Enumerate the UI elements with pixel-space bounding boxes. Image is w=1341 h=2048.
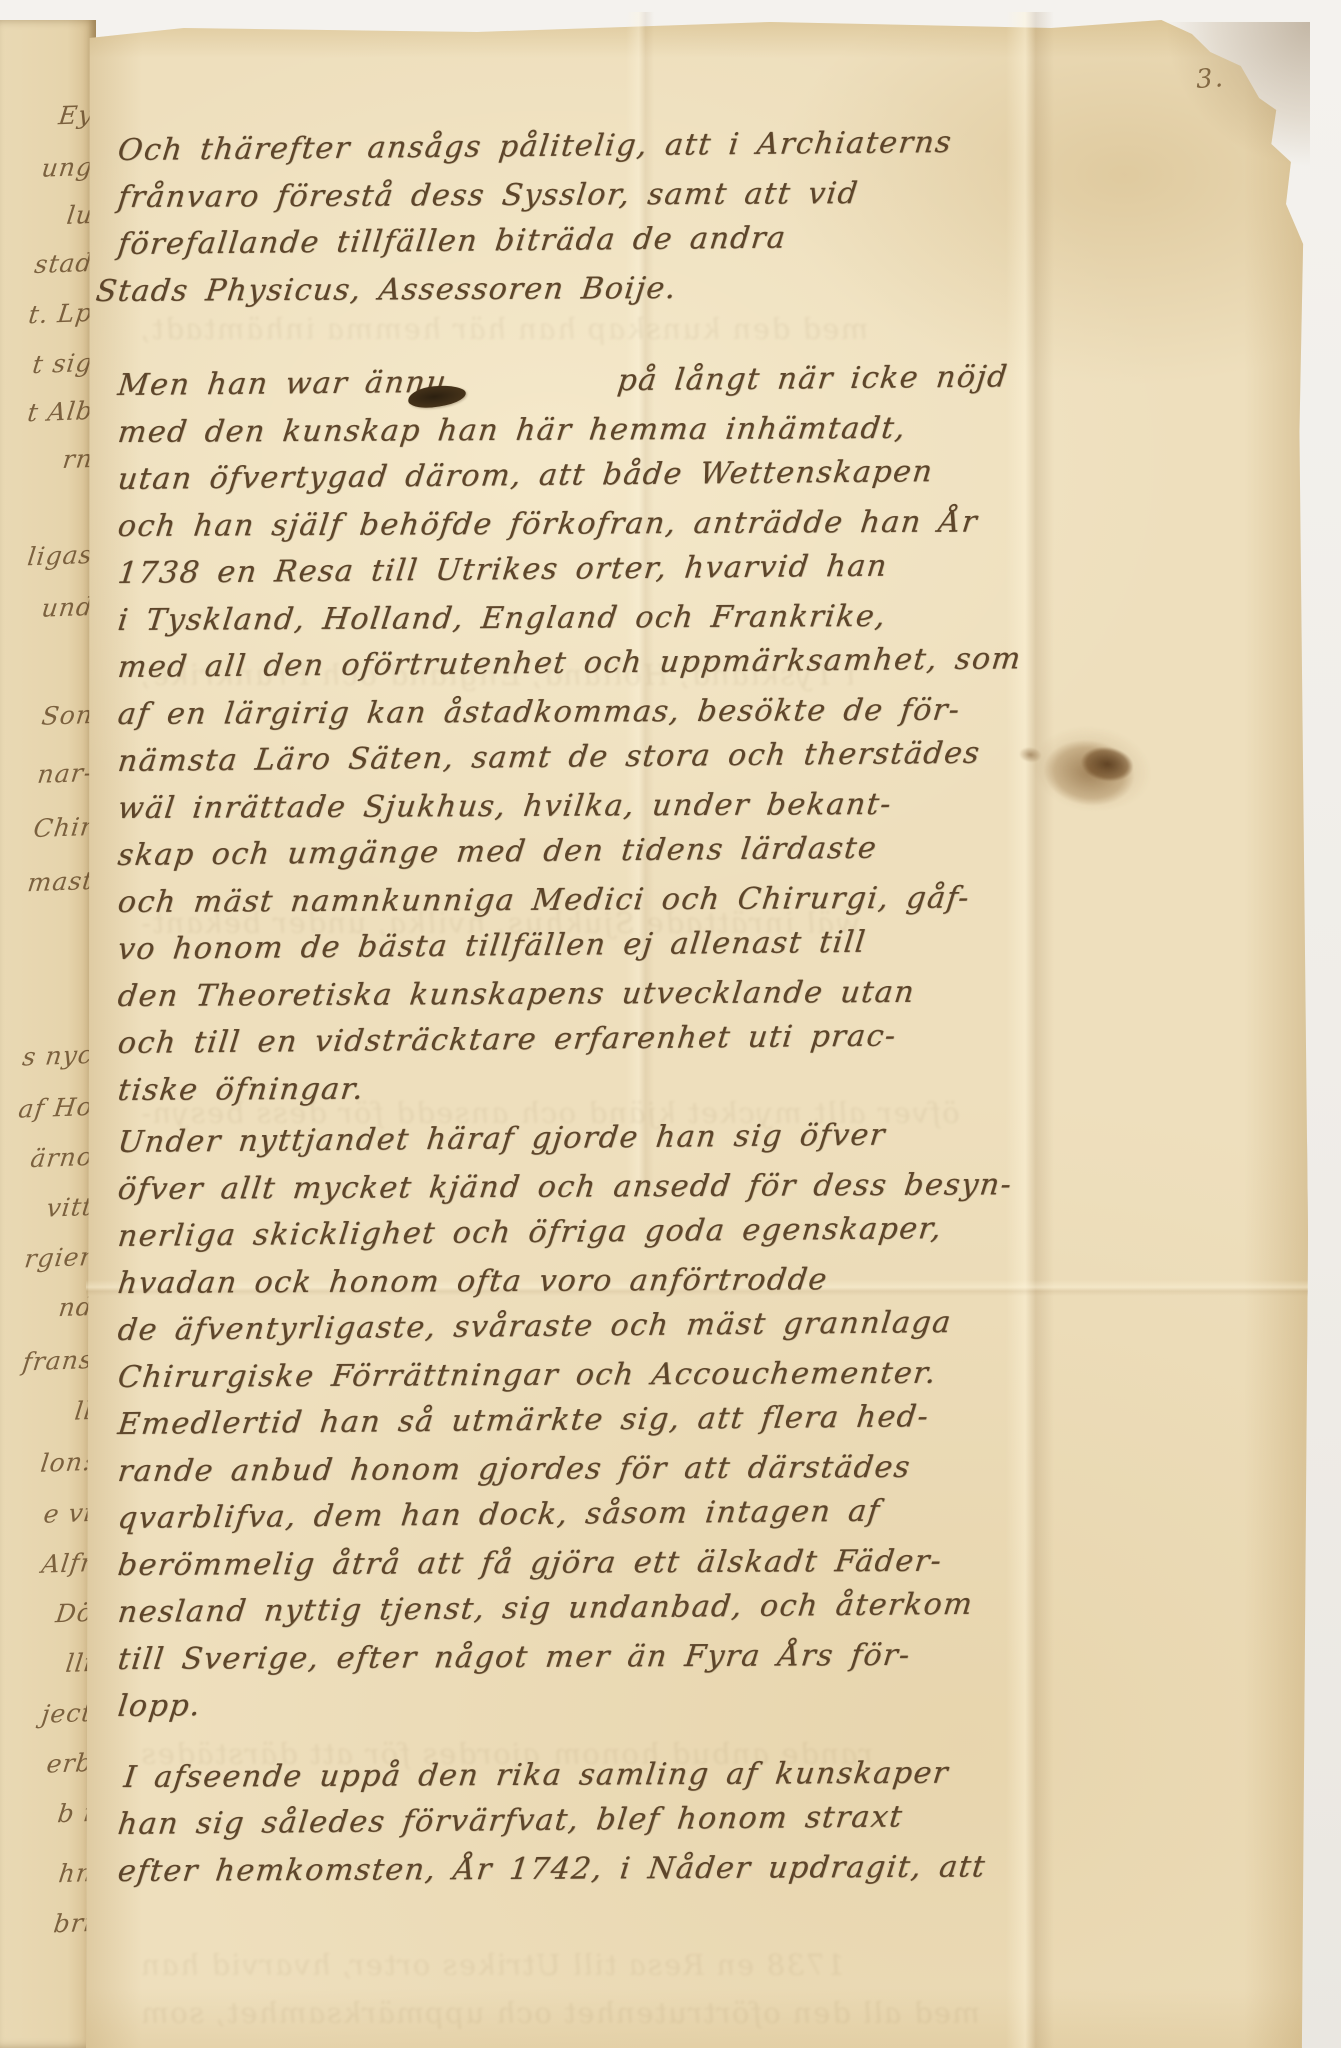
manuscript-line: till Sverige, efter något mer än Fyra År… (116, 1638, 913, 1677)
manuscript-line: vo honom de bästa tillfällen ej allenast… (116, 925, 868, 967)
manuscript-line: med all den oförtrutenhet och uppmärksam… (116, 641, 1024, 685)
manuscript-line: efter hemkomsten, År 1742, i Nåder updra… (116, 1849, 988, 1889)
manuscript-line: och han själf behöfde förkofran, anträdd… (116, 505, 980, 544)
manuscript-line: de äfventyrligaste, svåraste och mäst gr… (116, 1305, 954, 1348)
manuscript-line: nerliga skicklighet och öfriga goda egen… (116, 1211, 944, 1254)
manuscript-line: utan öfvertygad därom, att både Wettensk… (116, 454, 935, 497)
bleed-through-text: med den kunskap han här hemma inhämtadt, (138, 312, 871, 346)
manuscript-line: med den kunskap han här hemma inhämtadt, (116, 411, 908, 450)
manuscript-line: Stads Physicus, Assessoren Boije. (94, 271, 679, 309)
manuscript-line: nesland nyttig tjenst, sig undanbad, och… (116, 1587, 975, 1630)
manuscript-line: Under nyttjandet häraf gjorde han sig öf… (116, 1118, 888, 1160)
manuscript-line: Och thärefter ansågs pålitelig, att i Ar… (116, 125, 954, 168)
manuscript-line: frånvaro förestå dess Sysslor, samt att … (116, 176, 861, 215)
handwritten-text: med den kunskap han här hemma inhämtadt,… (0, 0, 1341, 2048)
scanned-manuscript-page: Ey ung lu stad t. Lp t sig t Alb rn liga… (0, 0, 1341, 2048)
manuscript-line: skap och umgänge med den tidens lärdaste (116, 831, 879, 873)
manuscript-line: och till en vidsträcktare erfarenhet uti… (116, 1019, 899, 1061)
manuscript-line: Chirurgiske Förrättningar och Accoucheme… (116, 1356, 939, 1395)
manuscript-line: qvarblifva, dem han dock, såsom intagen … (116, 1494, 882, 1536)
manuscript-line: i Tyskland, Holland, England och Frankri… (116, 599, 888, 638)
manuscript-line: Men han war ännu på långt när icke nöjd (116, 359, 1010, 403)
manuscript-line: I afseende uppå den rika samling af kuns… (122, 1756, 951, 1795)
manuscript-line: lopp. (116, 1688, 203, 1724)
manuscript-line: af en lärgirig kan åstadkommas, besökte … (116, 693, 963, 732)
bleed-through-text: 1738 en Resa till Utrikes orter, hvarvid… (138, 1948, 847, 1982)
manuscript-line: tiske öfningar. (116, 1072, 366, 1108)
manuscript-line: 1738 en Resa till Utrikes orter, hvarvid… (116, 549, 890, 591)
manuscript-line: berömmelig åtrå att få gjöra ett älskadt… (116, 1544, 944, 1583)
manuscript-line: wäl inrättade Sjukhus, hvilka, under bek… (116, 787, 894, 826)
manuscript-line: och mäst namnkunniga Medici och Chirurgi… (116, 881, 972, 920)
bleed-through-text: med all den oförtrutenhet och uppmärksam… (138, 1996, 982, 2030)
manuscript-line: nämsta Läro Säten, samt de stora och the… (116, 736, 982, 779)
manuscript-line: hvadan ock honom ofta voro anförtrodde (116, 1262, 830, 1301)
manuscript-line: Emedlertid han så utmärkte sig, att fler… (116, 1399, 931, 1442)
manuscript-line: han sig således förvärfvat, blef honom s… (116, 1799, 905, 1842)
manuscript-line: förefallande tillfällen biträda de andra (116, 221, 788, 262)
manuscript-line: öfver allt mycket kjänd och ansedd för d… (116, 1167, 1014, 1207)
manuscript-line: den Theoretiska kunskapens utvecklande u… (116, 975, 917, 1014)
manuscript-line: rande anbud honom gjordes för att därstä… (116, 1450, 913, 1489)
